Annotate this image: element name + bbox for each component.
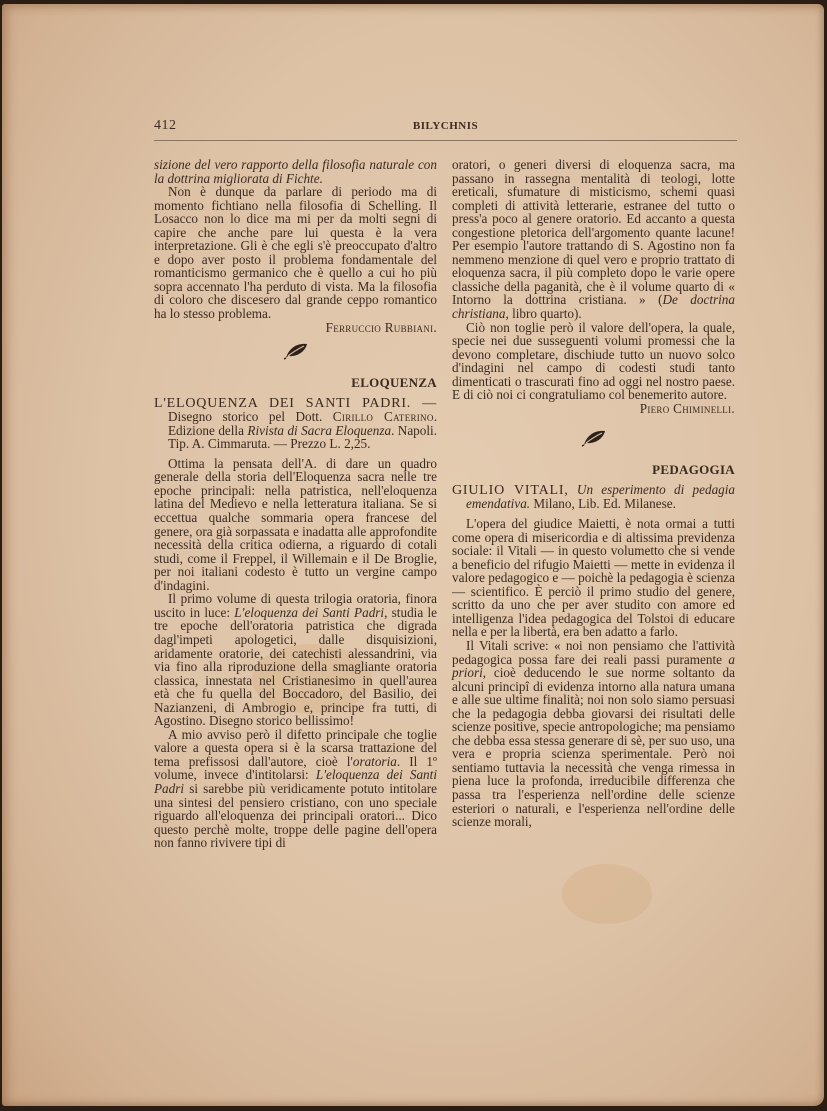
bibliographic-entry: L'ELOQUENZA DEI SANTI PADRI. — Disegno s… [154,396,437,451]
paragraph: L'opera del giudice Maietti, è nota orma… [452,517,735,639]
left-column: sizione del vero rapporto della filosofi… [154,158,437,850]
header-rule [154,140,737,141]
page-header: 412 BILYCHNIS [154,118,737,138]
bibliographic-entry: GIULIO VITALI, Un esperimento di pedagia… [452,483,735,511]
paragraph: Il Vitali scrive: « noi non pensiamo che… [452,639,735,829]
leaf-ornament-icon [154,342,437,370]
paragraph: Ottima la pensata dell'A. di dare un qua… [154,457,437,592]
author-signature: Ferruccio Rubbiani. [154,321,437,335]
paragraph: A mio avviso però il difetto principale … [154,728,437,850]
paper-stain [562,864,652,924]
leaf-ornament-icon [452,429,735,457]
paragraph: Il primo volume di questa trilogia orato… [154,592,437,727]
italic-text: sizione del vero rapporto della filosofi… [154,157,437,186]
continued-paragraph: oratori, o generi diversi di eloquenza s… [452,158,735,321]
continued-paragraph: sizione del vero rapporto della filosofi… [154,158,437,185]
paragraph: Ciò non toglie però il valore dell'opera… [452,321,735,416]
right-column: oratori, o generi diversi di eloquenza s… [452,158,735,829]
section-heading-eloquenza: ELOQUENZA [154,376,437,390]
publisher-info: Milano, Lib. Ed. Milanese. [530,496,676,511]
section-heading-pedagogia: PEDAGOGIA [452,463,735,477]
paragraph: Non è dunque da parlare di periodo ma di… [154,185,437,334]
author-signature: Piero Chiminelli. [452,402,735,416]
running-title: BILYCHNIS [154,120,737,132]
